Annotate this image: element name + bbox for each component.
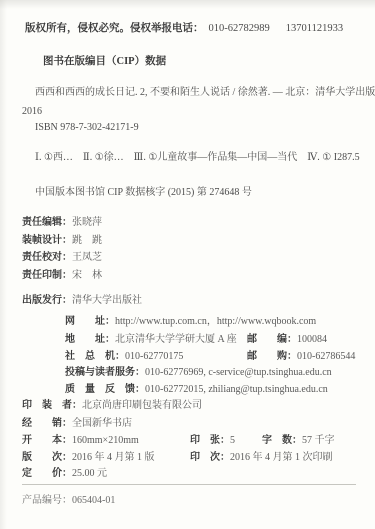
website-value: http://www.tup.com.cn，http://www.wqbook.…	[115, 316, 316, 327]
switchboard-label: 社 总 机：	[65, 351, 125, 362]
edition-value: 2016 年 4 月第 1 版	[72, 452, 155, 463]
cip-record-number: 中国版本图书馆 CIP 数据核字 (2015) 第 274648 号	[0, 186, 375, 200]
sheets-label: 印 张：	[190, 435, 230, 446]
switchboard-row: 社 总 机：010-62770175 邮 购：010-62786544	[0, 350, 375, 364]
print-supervisor-label: 责任印制：	[22, 270, 72, 281]
report-phone-2: 13701121933	[286, 23, 343, 34]
product-number-row: 产品编号：065404-01	[0, 494, 375, 508]
reader-service-row: 投稿与读者服务：010-62776969, c-service@tup.tsin…	[0, 366, 375, 380]
cip-year: 2016	[0, 105, 375, 119]
isbn-line: ISBN 978-7-302-42171-9	[0, 121, 375, 135]
copyright-notice-line: 版权所有，侵权必究。侵权举报电话：010-6278298913701121933	[0, 22, 375, 36]
format-label: 开 本：	[22, 435, 72, 446]
impression-label: 印 次：	[190, 452, 230, 463]
edition-row: 版 次：2016 年 4 月第 1 版 印 次：2016 年 4 月第 1 次印…	[0, 451, 375, 465]
printer-label: 印 装 者：	[22, 400, 82, 411]
responsible-editor-value: 张晓萍	[72, 217, 102, 228]
cip-title-line: 西西和西西的成长日记. 2, 不要和陌生人说话 / 徐然著. — 北京：清华大学…	[0, 86, 375, 100]
book-copyright-page: 版权所有，侵权必究。侵权举报电话：010-6278298913701121933…	[0, 0, 375, 529]
price-value: 25.00 元	[72, 468, 107, 479]
sheets-value: 5	[230, 435, 235, 446]
publisher-name: 清华大学出版社	[72, 295, 142, 306]
product-number-label: 产品编号：	[22, 495, 72, 506]
website-label: 网 址：	[65, 316, 115, 327]
switchboard-value: 010-62770175	[125, 351, 183, 362]
cover-designer-value: 跳 跳	[72, 235, 102, 246]
scan-edge-top	[0, 0, 375, 9]
footer-divider	[22, 484, 356, 485]
proofreader-label: 责任校对：	[22, 252, 72, 263]
reader-service-label: 投稿与读者服务：	[65, 367, 145, 378]
printer-value: 北京尚唐印刷包装有限公司	[82, 400, 202, 411]
address-value: 北京清华大学学研大厦 A 座	[115, 334, 237, 345]
publisher-label: 出版发行：	[22, 295, 72, 306]
cip-classification: Ⅰ. ①西… Ⅱ. ①徐… Ⅲ. ①儿童故事—作品集—中国—当代 Ⅳ. ① I2…	[0, 151, 375, 165]
address-label: 地 址：	[65, 334, 115, 345]
responsible-editor-row: 责任编辑：张晓萍	[0, 216, 375, 230]
website-row: 网 址：http://www.tup.com.cn，http://www.wqb…	[0, 315, 375, 329]
format-row: 开 本：160mm×210mm 印 张：5 字 数：57 千字	[0, 434, 375, 448]
word-count-label: 字 数：	[262, 435, 302, 446]
copyright-notice: 版权所有，侵权必究。侵权举报电话：	[25, 23, 204, 34]
responsible-editor-label: 责任编辑：	[22, 217, 72, 228]
word-count-value: 57 千字	[302, 435, 335, 446]
cover-designer-label: 装帧设计：	[22, 235, 72, 246]
cover-designer-row: 装帧设计：跳 跳	[0, 234, 375, 248]
impression-pair: 印 次：2016 年 4 月第 1 次印刷	[190, 451, 333, 465]
zip-value: 100084	[297, 334, 327, 345]
address-row: 地 址：北京清华大学学研大厦 A 座 邮 编：100084	[0, 333, 375, 347]
word-count-pair: 字 数：57 千字	[262, 434, 335, 448]
quality-feedback-value: 010-62772015, zhiliang@tup.tsinghua.edu.…	[145, 384, 328, 395]
reader-service-value: 010-62776969, c-service@tup.tsinghua.edu…	[145, 367, 332, 378]
zip-pair: 邮 编：100084	[247, 333, 327, 347]
price-label: 定 价：	[22, 468, 72, 479]
product-number-value: 065404-01	[72, 495, 115, 506]
report-phone-1: 010-62782989	[209, 23, 270, 34]
mail-order-label: 邮 购：	[247, 351, 297, 362]
quality-feedback-row: 质 量 反 馈：010-62772015, zhiliang@tup.tsing…	[0, 383, 375, 397]
price-row: 定 价：25.00 元	[0, 467, 375, 481]
impression-value: 2016 年 4 月第 1 次印刷	[230, 452, 333, 463]
quality-feedback-label: 质 量 反 馈：	[65, 384, 145, 395]
print-supervisor-value: 宋 林	[72, 270, 102, 281]
proofreader-row: 责任校对：王凤芝	[0, 251, 375, 265]
distributor-value: 全国新华书店	[72, 418, 132, 429]
print-supervisor-row: 责任印制：宋 林	[0, 269, 375, 283]
printer-row: 印 装 者：北京尚唐印刷包装有限公司	[0, 399, 375, 413]
sheets-pair: 印 张：5	[190, 434, 235, 448]
distributor-label: 经 销：	[22, 418, 72, 429]
publisher-row: 出版发行：清华大学出版社	[0, 294, 375, 308]
mail-order-pair: 邮 购：010-62786544	[247, 350, 355, 364]
distributor-row: 经 销：全国新华书店	[0, 417, 375, 431]
edition-label: 版 次：	[22, 452, 72, 463]
format-value: 160mm×210mm	[72, 435, 139, 446]
mail-order-value: 010-62786544	[297, 351, 355, 362]
zip-label: 邮 编：	[247, 334, 297, 345]
proofreader-value: 王凤芝	[72, 252, 102, 263]
cip-header: 图书在版编目（CIP）数据	[0, 55, 375, 69]
